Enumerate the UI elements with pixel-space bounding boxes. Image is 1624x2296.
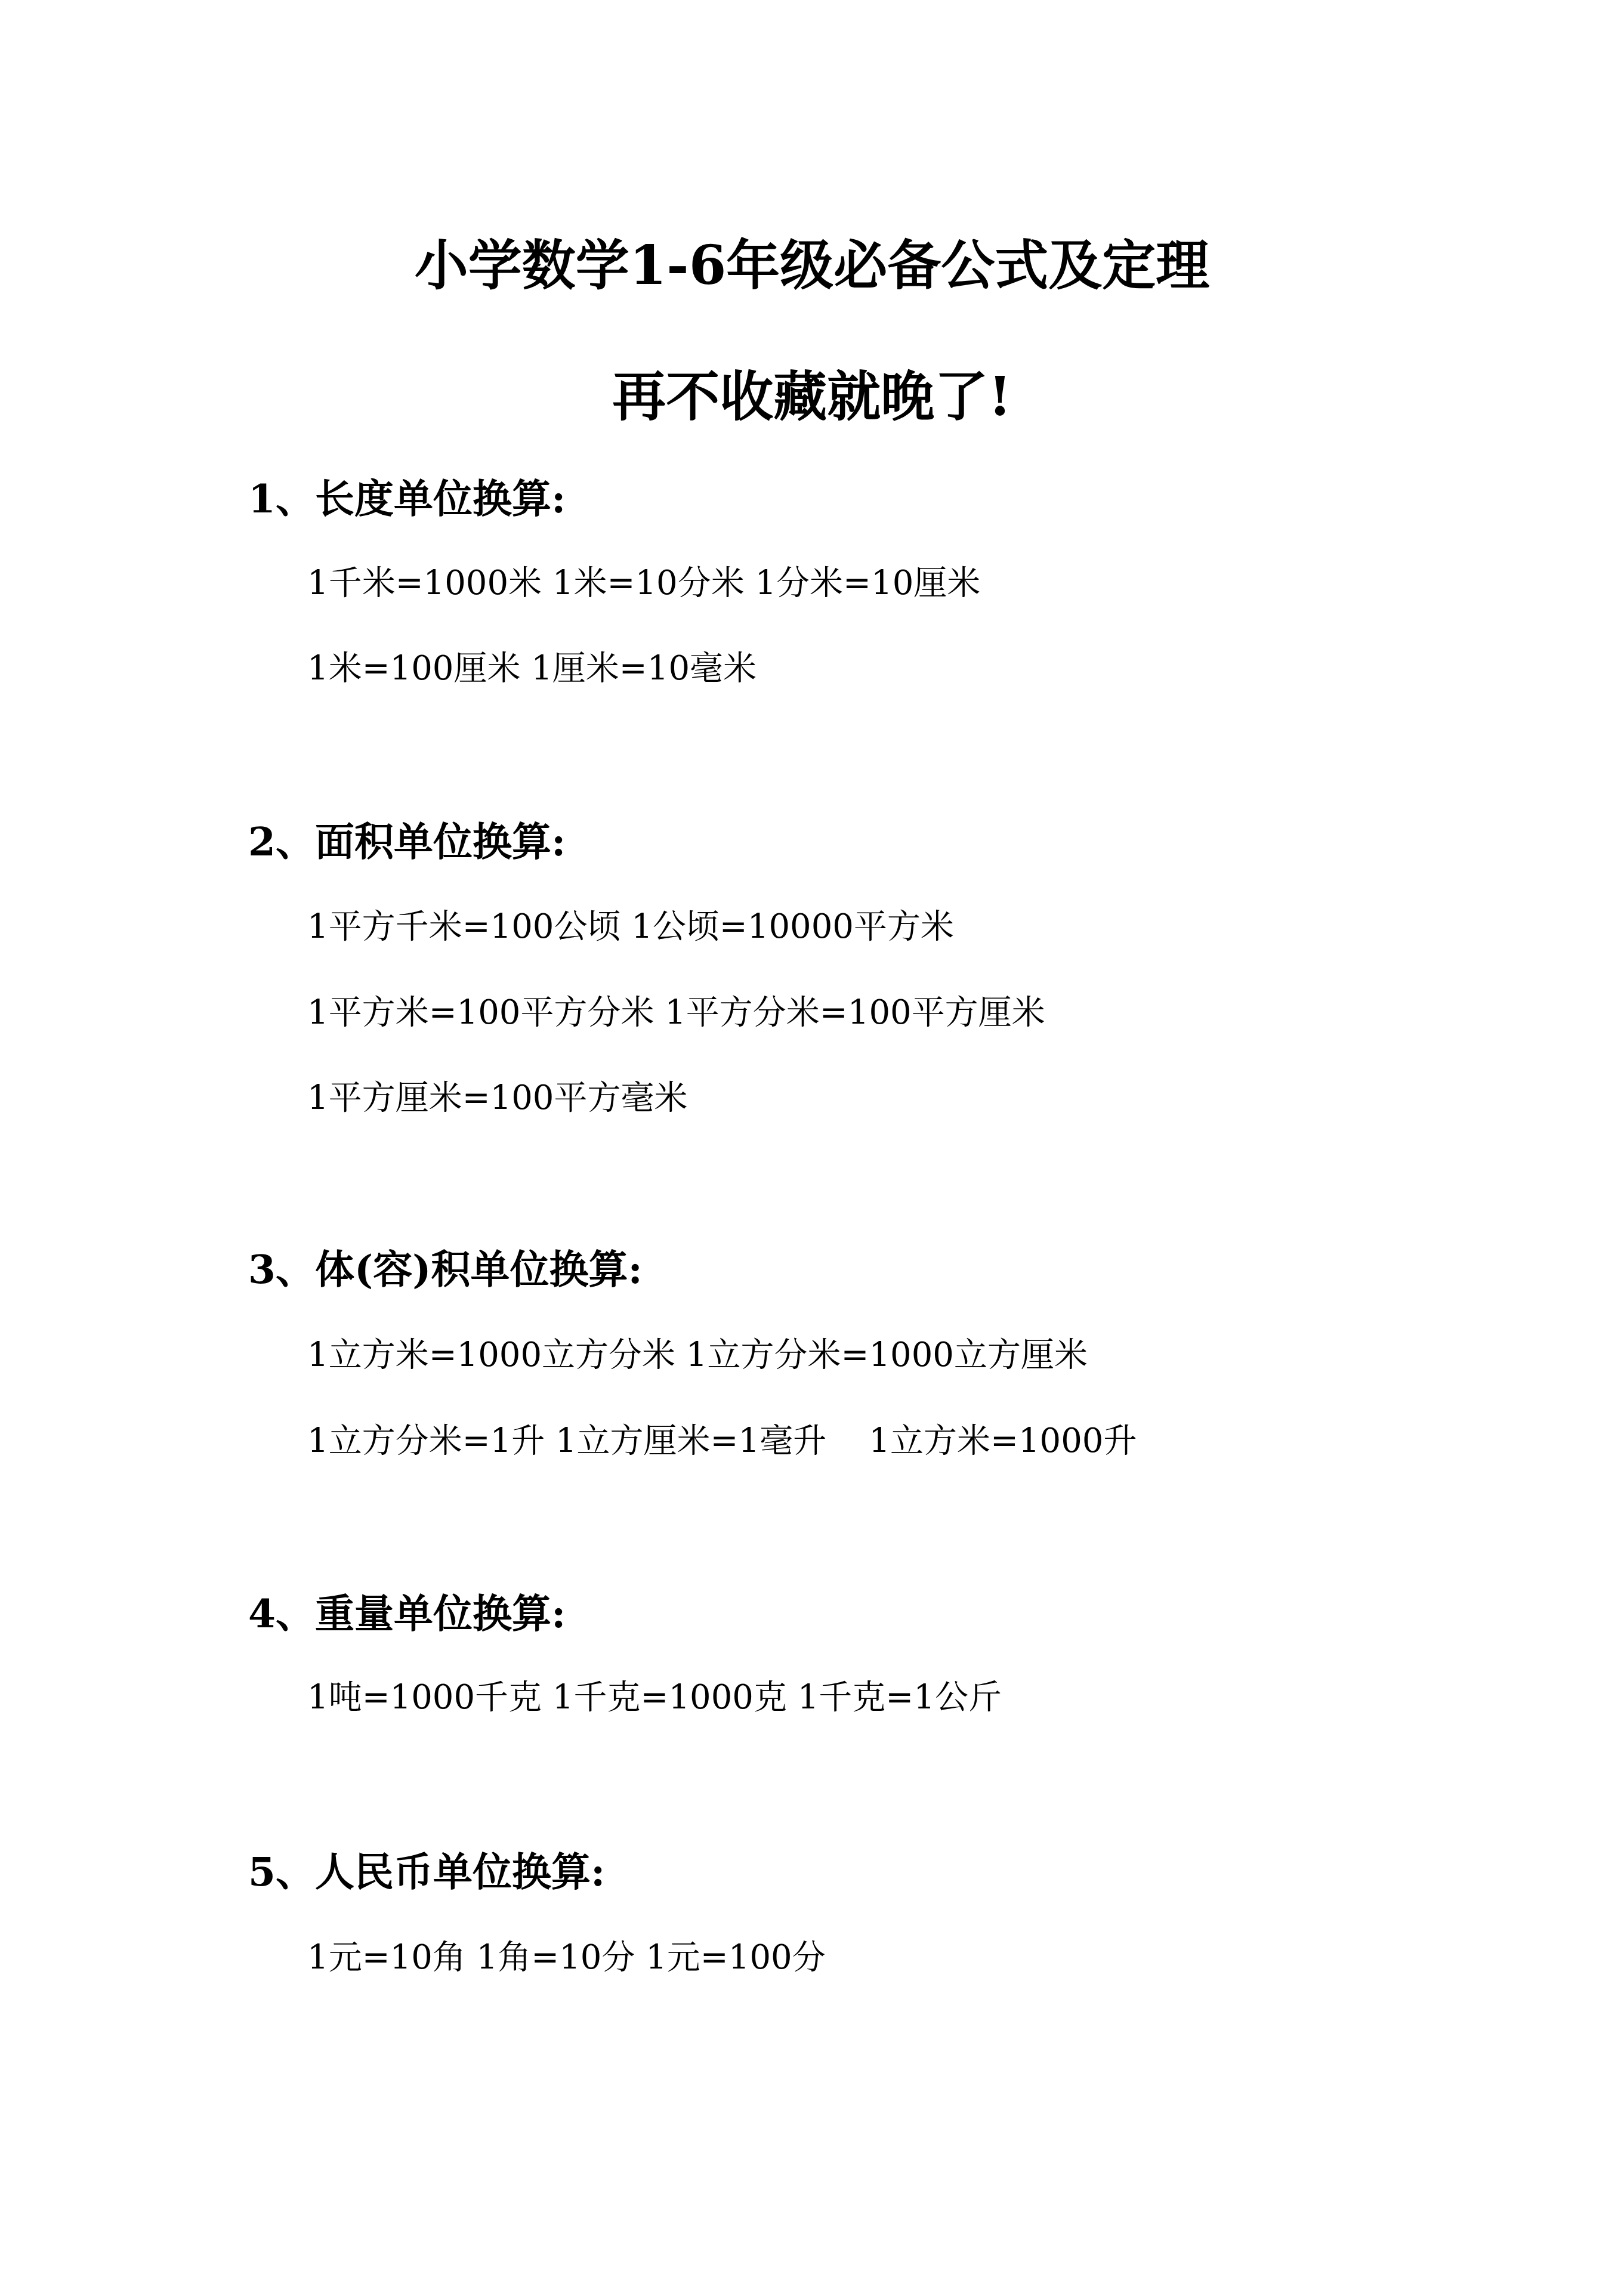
section-heading: 2、面积单位换算: (248, 822, 566, 861)
section-heading: 1、长度单位换算: (248, 479, 566, 518)
formula-line: 1米=100厘米 1厘米=10毫米 (307, 652, 757, 685)
formula-line: 1平方千米=100公顷 1公顷=10000平方米 (307, 910, 954, 944)
formula-line: 1元=10角 1角=10分 1元=100分 (307, 1941, 826, 1974)
section-heading: 5、人民币单位换算: (248, 1852, 605, 1892)
section-heading: 3、体(容)积单位换算: (248, 1250, 643, 1289)
page-title: 小学数学1-6年级必备公式及定理 (0, 239, 1624, 292)
formula-line: 1千米=1000米 1米=10分米 1分米=10厘米 (307, 567, 980, 600)
formula-line: 1吨=1000千克 1千克=1000克 1千克=1公斤 (307, 1681, 1002, 1714)
page-subtitle: 再不收藏就晚了! (0, 370, 1624, 424)
section-heading: 4、重量单位换算: (248, 1594, 566, 1633)
formula-line: 1立方分米=1升 1立方厘米=1毫升 1立方米=1000升 (307, 1424, 1137, 1458)
formula-line: 1平方米=100平方分米 1平方分米=100平方厘米 (307, 996, 1045, 1030)
formula-line: 1平方厘米=100平方毫米 (307, 1081, 687, 1115)
formula-line: 1立方米=1000立方分米 1立方分米=1000立方厘米 (307, 1339, 1088, 1372)
